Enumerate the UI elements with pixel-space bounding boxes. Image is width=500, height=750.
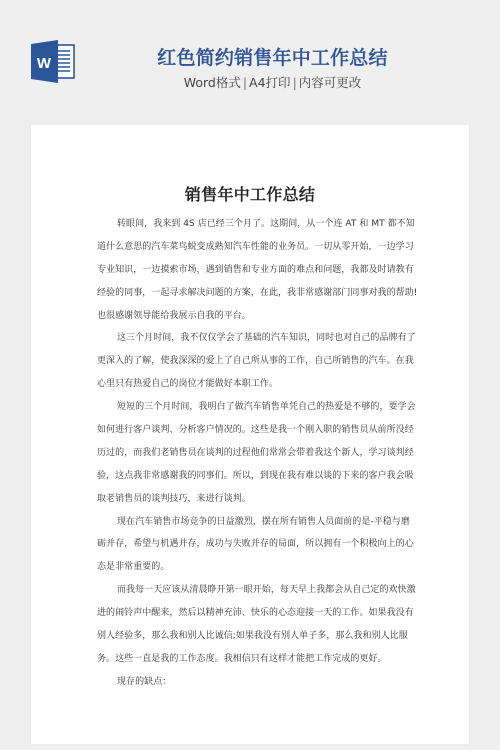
subtitle-print: A4打印 — [249, 75, 291, 90]
text-line: 务。这些一直是我的工作态度。我相信只有这样才能把工作完成的更好。 — [97, 648, 409, 671]
paragraph-1: 转眼间，我来到 4S 店已经三个月了。这期间，从一个连 AT 和 MT 都不知 … — [97, 213, 409, 327]
document-page: 销售年中工作总结 转眼间，我来到 4S 店已经三个月了。这期间，从一个连 AT … — [31, 125, 469, 744]
paragraph-3: 短短的三个月时间，我明白了做汽车销售单凭自己的热爱是不够的，要学会 如何进行客户… — [97, 396, 409, 510]
separator: | — [241, 75, 249, 90]
header-subtitle: Word格式|A4打印|内容可更改 — [150, 75, 395, 91]
document-title: 销售年中工作总结 — [31, 185, 469, 205]
text-line: 现在汽车销售市场竞争的日益激烈，摆在所有销售人员面前的是-平稳与磨 — [97, 511, 409, 534]
text-line: 取老销售员的谈判技巧，来进行谈判。 — [97, 488, 409, 511]
text-line: 历过的，而我们老销售员在谈判的过程他们常常会带着我这个新人，学习谈判经 — [97, 442, 409, 465]
svg-text:W: W — [37, 55, 52, 72]
section-heading-weaknesses: 现存的缺点： — [97, 671, 409, 694]
text-line: 心里只有热爱自己的岗位才能做好本职工作。 — [97, 373, 409, 396]
separator: | — [291, 75, 299, 90]
text-line: 短短的三个月时间，我明白了做汽车销售单凭自己的热爱是不够的，要学会 — [97, 396, 409, 419]
subtitle-editable: 内容可更改 — [299, 75, 362, 90]
paragraph-6: 现存的缺点： — [97, 671, 409, 694]
text-line: 这三个月时间，我不仅仅学会了基础的汽车知识，同时也对自己的品牌有了 — [97, 327, 409, 350]
document-body: 转眼间，我来到 4S 店已经三个月了。这期间，从一个连 AT 和 MT 都不知 … — [97, 213, 409, 694]
text-line: 如何进行客户谈判、分析客户情况的。这些是我一个刚入职的销售员从前所没经 — [97, 419, 409, 442]
subtitle-format: Word格式 — [184, 75, 241, 90]
paragraph-5: 而我每一天应该从清晨睁开第一眼开始，每天早上我都会从自己定的欢快激 进的闹铃声中… — [97, 579, 409, 671]
header-title: 红色简约销售年中工作总结 — [150, 46, 395, 70]
text-line: 验，这点我非常感谢我的同事们。所以，到现在我有难以谈的下来的客户我会吸 — [97, 465, 409, 488]
paragraph-2: 这三个月时间，我不仅仅学会了基础的汽车知识，同时也对自己的品牌有了 更深入的了解… — [97, 327, 409, 396]
word-icon: W — [31, 40, 77, 83]
text-line: 道什么意思的汽车菜鸟蜕变成熟知汽车性能的业务员。一切从零开始，一边学习 — [97, 236, 409, 259]
text-line: 专业知识，一边摸索市场，遇到销售和专业方面的难点和问题，我都及时请教有 — [97, 259, 409, 282]
text-line: 进的闹铃声中醒来，然后以精神充沛、快乐的心态迎接一天的工作。如果我没有 — [97, 602, 409, 625]
text-line: 而我每一天应该从清晨睁开第一眼开始，每天早上我都会从自己定的欢快激 — [97, 579, 409, 602]
text-line: 经验的同事，一起寻求解决问题的方案，在此，我非常感谢部门同事对我的帮助! — [97, 282, 409, 305]
text-line: 更深入的了解，使我深深的爱上了自己所从事的工作，自己所销售的汽车。在我 — [97, 350, 409, 373]
header: W 红色简约销售年中工作总结 Word格式|A4打印|内容可更改 — [0, 0, 500, 120]
text-line: 也很感谢领导能给我展示自我的平台。 — [97, 305, 409, 328]
text-line: 砺并存，希望与机遇并存，成功与失败并存的局面，所以拥有一个积极向上的心 — [97, 533, 409, 556]
text-line: 转眼间，我来到 4S 店已经三个月了。这期间，从一个连 AT 和 MT 都不知 — [97, 213, 409, 236]
paragraph-4: 现在汽车销售市场竞争的日益激烈，摆在所有销售人员面前的是-平稳与磨 砺并存，希望… — [97, 511, 409, 580]
text-line: 态是非常重要的。 — [97, 556, 409, 579]
text-line: 别人经验多，那么我和别人比诚信;如果我没有别人单子多，那么我和别人比服 — [97, 625, 409, 648]
